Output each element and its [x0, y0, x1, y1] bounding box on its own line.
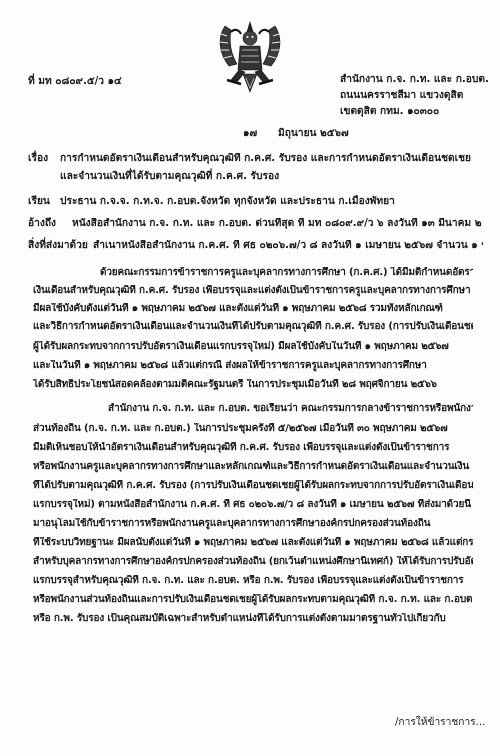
paragraph-line: ที่ได้ปรับตามคุณวุฒิที่ ก.ค.ศ. รับรอง (ก… — [33, 480, 473, 492]
paragraph-line: มีมติเห็นชอบให้นำอัตราเงินเดือนสำหรับคุณ… — [33, 442, 473, 454]
subject-label: เรื่อง — [28, 153, 48, 165]
paragraph-line: ด้วยคณะกรรมการข้าราชการครูและบุคลากรทางก… — [100, 267, 473, 279]
document-number: ที่ มท ๐๘๐๙.๕/ว ๑๔ — [28, 76, 122, 88]
paragraph-line: มีผลใช้บังคับตั้งแต่วันที่ ๑ พฤษภาคม ๒๕๖… — [33, 303, 473, 315]
reference-label: อ้างถึง — [28, 218, 56, 230]
paragraph-line: และในวันที่ ๑ พฤษภาคม ๒๕๖๘ แล้วแต่กรณี ส… — [33, 360, 473, 372]
paragraph-line: แรกบรรจุสำหรับคุณวุฒิที่ ก.จ. ก.ท. และ ก… — [33, 575, 473, 587]
to-label: เรียน — [28, 196, 50, 208]
subject-line: และจำนวนเงินที่ได้รับตามคุณวุฒิที่ ก.ค.ศ… — [60, 171, 279, 183]
office-line: เขตดุสิต กทม. ๑๐๓๐๐ — [340, 106, 439, 118]
enclosure-value: สำเนาหนังสือสำนักงาน ก.ค.ศ. ที่ ศธ ๐๒๐๖.… — [93, 240, 483, 252]
paragraph-line: สำหรับบุคลากรทางการศึกษาองค์กรปกครองส่วน… — [33, 556, 473, 568]
paragraph-line: แรกบรรจุใหม่) ตามหนังสือสำนักงาน ก.ค.ศ. … — [33, 499, 473, 511]
office-line: สำนักงาน ก.จ. ก.ท. และ ก.อบต. — [340, 74, 489, 86]
paragraph-line: เงินเดือนสำหรับคุณวุฒิที่ ก.ค.ศ. รับรอง … — [33, 285, 473, 297]
date-day: ๑๗ — [243, 128, 257, 140]
paragraph-line: ผู้ได้รับผลกระทบจากการปรับอัตราเงินเดือน… — [33, 341, 473, 353]
paragraph-line: สำนักงาน ก.จ. ก.ท. และ ก.อบต. ขอเรียนว่า… — [108, 403, 473, 415]
paragraph-line: ที่ใช้ระบบวิทยฐานะ มีผลนับตั้งแต่วันที่ … — [33, 537, 473, 549]
enclosure-label: สิ่งที่ส่งมาด้วย — [28, 240, 88, 252]
paragraph-line: หรือพนักงานส่วนท้องถิ่นและการปรับเงินเดื… — [33, 594, 473, 606]
paragraph-line: มาอนุโลมใช้กับข้าราชการหรือพนักงานครูและ… — [33, 518, 473, 530]
to-value: ประธาน ก.จ.จ. ก.ท.จ. ก.อบต.จังหวัด ทุกจั… — [60, 196, 395, 208]
paragraph-line: หรือพนักงานครูและบุคลากรทางการศึกษาและหล… — [33, 461, 473, 473]
office-line: ถนนนครราชสีมา แขวงดุสิต — [340, 90, 463, 102]
continuation-marker: /การให้ข้าราชการ... — [395, 717, 485, 729]
subject-line: การกำหนดอัตราเงินเดือนสำหรับคุณวุฒิที่ ก… — [60, 153, 480, 165]
garuda-emblem-icon — [207, 14, 293, 100]
paragraph-line: หรือ ก.พ. รับรอง เป็นคุณสมบัติเฉพาะสำหรั… — [33, 613, 473, 625]
reference-value: หนังสือสำนักงาน ก.จ. ก.ท. และ ก.อบต. ด่ว… — [72, 218, 482, 230]
paragraph-line: ส่วนท้องถิ่น (ก.จ. ก.ท. และ ก.อบต.) ในกา… — [33, 423, 473, 435]
paragraph-line: ได้รับสิทธิประโยชน์สอดคล้องตามมติคณะรัฐม… — [33, 379, 473, 391]
paragraph-line: และวิธีการกำหนดอัตราเงินเดือนและจำนวนเงิ… — [33, 321, 473, 333]
date-month-year: มิถุนายน ๒๕๖๗ — [278, 128, 349, 140]
